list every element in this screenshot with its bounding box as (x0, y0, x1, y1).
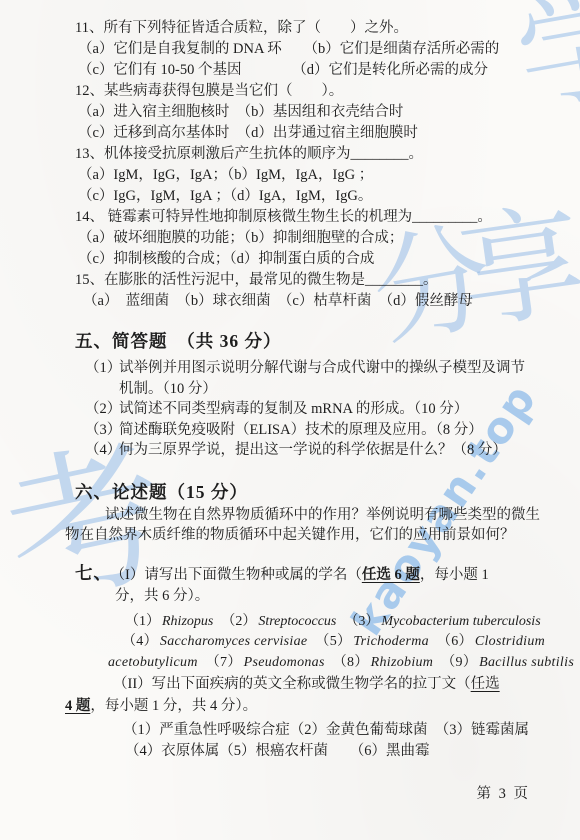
q13-options-line-1: （a）IgM，IgG，IgA；（b）IgM，IgA，IgG ； (78, 165, 544, 186)
q15-options-line-1: （a） 蓝细菌 （b）球衣细菌 （c）枯草杆菌 （d）假丝酵母 (83, 291, 544, 312)
species-number: （4） (122, 634, 158, 649)
page-number: 第 3 页 (477, 782, 531, 803)
q13-options-line-2: （c）IgG，IgM，IgA ；（d）IgA，IgM，IgG。 (78, 186, 544, 207)
part1-underlined-text: 任选 6 题 (362, 567, 420, 583)
section5-items: （1） 试举例并用图示说明分解代谢与合成代谢中的操纵子模型及调节机制。（10 分… (75, 358, 544, 461)
section7-part2-continuation: 4 题，每小题 1 分，共 4 分）。 (65, 696, 544, 718)
species-number: （6） (437, 634, 473, 649)
q14-options-line-2: （c）抑制核酸的合成；（d）抑制蛋白质的合成 (78, 249, 544, 270)
species-latin-name: acetobutylicum (108, 655, 198, 670)
species-list: （1）Rhizopus（2）Streptococcus（3）Mycobacter… (75, 612, 544, 674)
species-line: （4）Saccharomyces cervisiae（5）Trichoderma… (120, 632, 544, 653)
species-number: （1） (125, 614, 160, 629)
section5-heading: 五、简答题 （共 36 分） (75, 329, 544, 353)
q14-options-line-1: （a）破坏细胞膜的功能；（b）抑制细胞壁的合成； (78, 228, 544, 249)
item-text: 何为三原界学说，提出这一学说的科学依据是什么？（8 分） (119, 440, 533, 461)
item-number: （2） (85, 399, 119, 420)
section7-part1-intro: 七、 （I）请写出下面微生物种或属的学名（任选 6 题，每小题 1 (75, 563, 544, 587)
item-text: 试举例并用图示说明分解代谢与合成代谢中的操纵子模型及调节机制。（10 分） (119, 358, 533, 399)
section6-paragraph: 试述微生物在自然界物质循环中的作用？举例说明有哪些类型的微生物在自然界木质纤维的… (65, 505, 547, 546)
section5-item: （4） 何为三原界学说，提出这一学说的科学依据是什么？（8 分） (85, 440, 544, 461)
species-line: acetobutylicum（7）Pseudomonas（8）Rhizobium… (108, 653, 544, 674)
section5-item: （3） 简述酶联免疫吸附（ELISA）技术的原理及应用。（8 分） (85, 420, 544, 441)
species-number: （2） (221, 614, 256, 629)
species-number: （9） (441, 655, 477, 670)
disease-line: （1）严重急性呼吸综合症（2）金黄色葡萄球菌 （3）链霉菌属 (123, 720, 544, 741)
species-number: （8） (333, 655, 369, 670)
species-latin-name: Saccharomyces cervisiae (160, 634, 308, 649)
disease-list: （1）严重急性呼吸综合症（2）金黄色葡萄球菌 （3）链霉菌属 （4）衣原体属（5… (75, 720, 544, 761)
species-number: （3） (344, 614, 379, 629)
item-number: （1） (85, 358, 119, 399)
q13-stem: 13、机体接受抗原刺激后产生抗体的顺序为________。 (75, 144, 544, 165)
q12-options-line-2: （c）迁移到高尔基体时 （d）出芽通过宿主细胞膜时 (78, 123, 544, 144)
species-latin-name: Pseudomonas (244, 655, 325, 670)
species-latin-name: Bacillus subtilis (479, 655, 574, 670)
part2-underlined-text: 4 题 (65, 698, 90, 714)
part1-text: （I）请写出下面微生物种或属的学名（ (103, 567, 362, 583)
q12-options-line-1: （a）进入宿主细胞核时 （b）基因组和衣壳结合时 (78, 102, 544, 123)
item-text: 简述酶联免疫吸附（ELISA）技术的原理及应用。（8 分） (119, 420, 533, 441)
section7-number: 七、 (75, 563, 103, 583)
q11-options-line-2: （c）它们有 10-50 个基因 （d）它们是转化所必需的成分 (78, 60, 544, 81)
exam-page-scan: 考 分 享 学 kaoyan.top 11、所有下列特征皆适合质粒，除了（ ）之… (0, 0, 580, 840)
item-text: 试简述不同类型病毒的复制及 mRNA 的形成。（10 分） (119, 399, 533, 420)
species-latin-name: Mycobacterium tuberculosis (381, 614, 540, 629)
section7-part1-continuation: 分，共 6 分）。 (115, 586, 544, 608)
section7: 七、 （I）请写出下面微生物种或属的学名（任选 6 题，每小题 1 分，共 6 … (75, 563, 544, 762)
part1-text: ，每小题 1 (420, 567, 489, 583)
part2-text: （II）写出下面疾病的英文全称或微生物学名的拉丁文（ (113, 676, 471, 692)
species-latin-name: Rhizobium (371, 655, 434, 670)
species-latin-name: Clostridium (475, 634, 545, 649)
species-number: （5） (315, 634, 351, 649)
q11-options-line-1: （a）它们是自我复制的 DNA 环 （b）它们是细菌存活所必需的 (78, 39, 544, 60)
q12-stem: 12、某些病毒获得包膜是当它们（ ）。 (75, 81, 544, 102)
q15-stem: 15、在膨胀的活性污泥中，最常见的微生物是________。 (75, 270, 544, 291)
species-line: （1）Rhizopus（2）Streptococcus（3）Mycobacter… (123, 612, 544, 633)
part2-text: ，每小题 1 分，共 4 分）。 (90, 698, 257, 714)
disease-line: （4）衣原体属（5）根癌农杆菌 （6）黑曲霉 (125, 741, 544, 762)
section5-item: （1） 试举例并用图示说明分解代谢与合成代谢中的操纵子模型及调节机制。（10 分… (85, 358, 544, 399)
q14-stem: 14、 链霉素可特异性地抑制原核微生物生长的机理为_________。 (75, 207, 544, 228)
species-latin-name: Streptococcus (258, 614, 336, 629)
species-latin-name: Rhizopus (162, 614, 213, 629)
species-number: （7） (206, 655, 242, 670)
section5-item: （2） 试简述不同类型病毒的复制及 mRNA 的形成。（10 分） (85, 399, 544, 420)
exam-content: 11、所有下列特征皆适合质粒，除了（ ）之外。 （a）它们是自我复制的 DNA … (0, 18, 580, 761)
item-number: （3） (85, 420, 119, 441)
section6-heading: 六、论述题（15 分） (75, 480, 544, 504)
species-latin-name: Trichoderma (353, 634, 429, 649)
item-number: （4） (85, 440, 119, 461)
part2-underlined-text: 任选 (471, 676, 500, 692)
section7-part2-intro: （II）写出下面疾病的英文全称或微生物学名的拉丁文（任选 (113, 674, 544, 696)
q11-stem: 11、所有下列特征皆适合质粒，除了（ ）之外。 (75, 18, 544, 39)
